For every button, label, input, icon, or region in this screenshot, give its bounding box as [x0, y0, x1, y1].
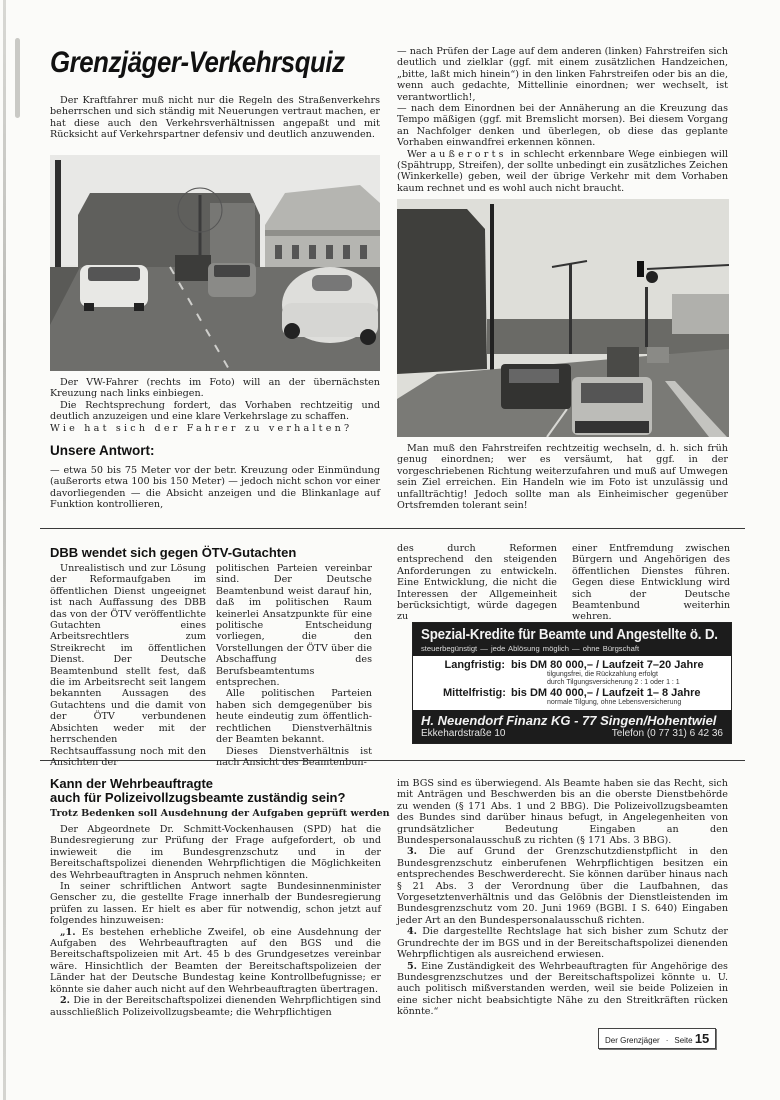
wehr-p8-num: 5.: [407, 961, 417, 972]
scan-smudge: [15, 38, 20, 118]
dbb-column-2: politischen Parteien vereinbar sind. Der…: [216, 563, 372, 768]
answer-text-1: — etwa 50 bis 75 Meter vor der betr. Kre…: [50, 465, 380, 511]
answer-text-3: — nach dem Einordnen bei der Annäherung …: [397, 103, 728, 149]
photo-lane-change-caption: Man muß den Fahrstreifen rechtzeitig wec…: [397, 443, 728, 511]
wehr-p4-text: Die in der Bereitschaftspolizei dienende…: [50, 995, 381, 1017]
wehr-heading-line-2: auch für Polizeivollzugsbeamte zuständig…: [50, 791, 345, 805]
photo-lane-change-image: [397, 199, 729, 437]
wehr-heading-line-1: Kann der Wehrbeauftragte: [50, 777, 345, 791]
quiz-intro: Der Kraftfahrer muß nicht nur die Regeln…: [50, 95, 380, 141]
page-number: 15: [695, 1031, 709, 1046]
page-footer: Der Grenzjäger·Seite 15: [598, 1028, 716, 1049]
wehr-p7-num: 4.: [407, 926, 417, 937]
ad-long-note-1: tilgungsfrei, die Rückzahlung erfolgt: [547, 671, 723, 679]
answer-continued: — nach Prüfen der Lage auf dem anderen (…: [397, 46, 728, 194]
ad-mid-label: Mittelfristig:: [443, 687, 505, 699]
ad-mid-value: bis DM 40 000,– / Laufzeit 1– 8 Jahre: [511, 687, 701, 699]
ad-offer-mid: Mittelfristig: bis DM 40 000,– / Laufzei…: [443, 687, 723, 699]
scenario-text-2: Die Rechtsprechung fordert, das Vorhaben…: [50, 400, 380, 423]
dbb-column-4: einer Entfremdung zwischen Bürgern und A…: [572, 543, 730, 623]
credit-advertisement: Spezial-Kredite für Beamte und Angestell…: [412, 622, 732, 744]
wehr-heading: Kann der Wehrbeauftragte auch für Polize…: [50, 777, 345, 805]
ad-offer-long: Langfristig: bis DM 80 000,– / Laufzeit …: [443, 659, 723, 671]
photo-vw-street: [50, 155, 380, 371]
dbb-col2-text-3: Dieses Dienstverhältnis ist nach Ansicht…: [216, 746, 372, 769]
dbb-column-3: des durch Reformen entsprechend den stei…: [397, 543, 557, 623]
dbb-col2-text-2: Alle politischen Parteien haben sich dem…: [216, 688, 372, 745]
ad-tagline: steuerbegünstigt — jede Ablösung möglich…: [421, 644, 723, 653]
wehr-column-2: im BGS sind es überwiegend. Als Beamte h…: [397, 778, 728, 1018]
wehr-p6-text: Die auf Grund der Grenzschutzdienstpflic…: [397, 846, 728, 925]
wehr-p4: 2. Die in der Bereitschaftspolizei diene…: [50, 995, 381, 1018]
ad-company: H. Neuendorf Finanz KG - 77 Singen/Hohen…: [421, 713, 723, 728]
wehr-subheading: Trotz Bedenken soll Ausdehnung der Aufga…: [50, 808, 390, 819]
wehr-p8: 5. Eine Zuständigkeit des Wehrbeauftragt…: [397, 961, 728, 1018]
wehr-p3: „1. Es bestehen erhebliche Zweifel, ob e…: [50, 927, 381, 995]
ad-header: Spezial-Kredite für Beamte und Angestell…: [413, 623, 731, 656]
wehr-p8-text: Eine Zuständigkeit des Wehrbeauftragten …: [397, 961, 728, 1018]
ad-offers: Langfristig: bis DM 80 000,– / Laufzeit …: [413, 656, 731, 710]
wehr-p7: 4. Die dargestellte Rechtslage hat sich …: [397, 926, 728, 960]
photo-lane-change: [397, 199, 729, 437]
ad-mid-note: normale Tilgung, ohne Lebensversicherung: [547, 699, 723, 707]
dbb-col3-text: des durch Reformen entsprechend den stei…: [397, 543, 557, 623]
answer-text-2: — nach Prüfen der Lage auf dem anderen (…: [397, 46, 728, 103]
wehr-p2: In seiner schriftlichen Antwort sagte Bu…: [50, 881, 381, 927]
dbb-heading: DBB wendet sich gegen ÖTV-Gutachten: [50, 546, 296, 560]
ad-phone: Telefon (0 77 31) 6 42 36: [612, 728, 723, 739]
dbb-col2-text-1: politischen Parteien vereinbar sind. Der…: [216, 563, 372, 688]
wehr-p4-num: 2.: [60, 995, 70, 1006]
footer-separator: ·: [666, 1036, 669, 1045]
section-divider-top: [40, 528, 745, 529]
ad-footer: H. Neuendorf Finanz KG - 77 Singen/Hohen…: [413, 710, 731, 743]
wehr-p5: im BGS sind es überwiegend. Als Beamte h…: [397, 778, 728, 846]
dbb-col1-text: Unrealistisch und zur Lösung der Reforma…: [50, 563, 206, 768]
ad-long-note-2: durch Tilgungsversicherung 2 : 1 oder 1 …: [547, 679, 723, 687]
answer-4-prefix: Wer: [407, 149, 426, 160]
footer-publication: Der Grenzjäger: [605, 1036, 660, 1045]
wehr-p3-text: Es bestehen erhebliche Zweifel, ob eine …: [50, 927, 381, 995]
answer-part-1: — etwa 50 bis 75 Meter vor der betr. Kre…: [50, 465, 380, 511]
answer-heading: Unsere Antwort:: [50, 443, 155, 458]
wehr-p7-text: Die dargestellte Rechtslage hat sich bis…: [397, 926, 728, 960]
dbb-column-1: Unrealistisch und zur Lösung der Reforma…: [50, 563, 206, 768]
caption-text: Man muß den Fahrstreifen rechtzeitig wec…: [397, 443, 728, 511]
wehr-p1: Der Abgeordnete Dr. Schmitt-Vockenhausen…: [50, 824, 381, 881]
wehr-p6-num: 3.: [407, 846, 417, 857]
ad-long-value: bis DM 80 000,– / Laufzeit 7–20 Jahre: [511, 659, 704, 671]
section-divider-bottom: [40, 760, 745, 761]
scenario-text-1: Der VW-Fahrer (rechts im Foto) will an d…: [50, 377, 380, 400]
quiz-title: Grenzjäger-Verkehrsquiz: [50, 46, 345, 80]
answer-4-emphasis: außerorts: [430, 149, 507, 160]
photo-vw-street-image: [50, 155, 380, 371]
quiz-scenario: Der VW-Fahrer (rechts im Foto) will an d…: [50, 377, 380, 434]
dbb-col4-text: einer Entfremdung zwischen Bürgern und A…: [572, 543, 730, 623]
ad-title: Spezial-Kredite für Beamte und Angestell…: [421, 627, 699, 643]
ad-long-label: Langfristig:: [443, 659, 505, 671]
answer-text-4: Wer außerorts in schlecht erkennbare Weg…: [397, 149, 728, 195]
page-edge: [3, 0, 6, 1100]
ad-contact: Ekkehardstraße 10 Telefon (0 77 31) 6 42…: [421, 728, 723, 739]
footer-page-label: Seite: [674, 1036, 692, 1045]
ad-street: Ekkehardstraße 10: [421, 728, 506, 739]
quiz-question: Wie hat sich der Fahrer zu verhalten?: [50, 423, 380, 434]
wehr-column-1: Der Abgeordnete Dr. Schmitt-Vockenhausen…: [50, 824, 381, 1018]
wehr-p3-num: „1.: [60, 927, 76, 938]
quiz-intro-text: Der Kraftfahrer muß nicht nur die Regeln…: [50, 95, 380, 141]
wehr-p6: 3. Die auf Grund der Grenzschutzdienstpf…: [397, 846, 728, 926]
